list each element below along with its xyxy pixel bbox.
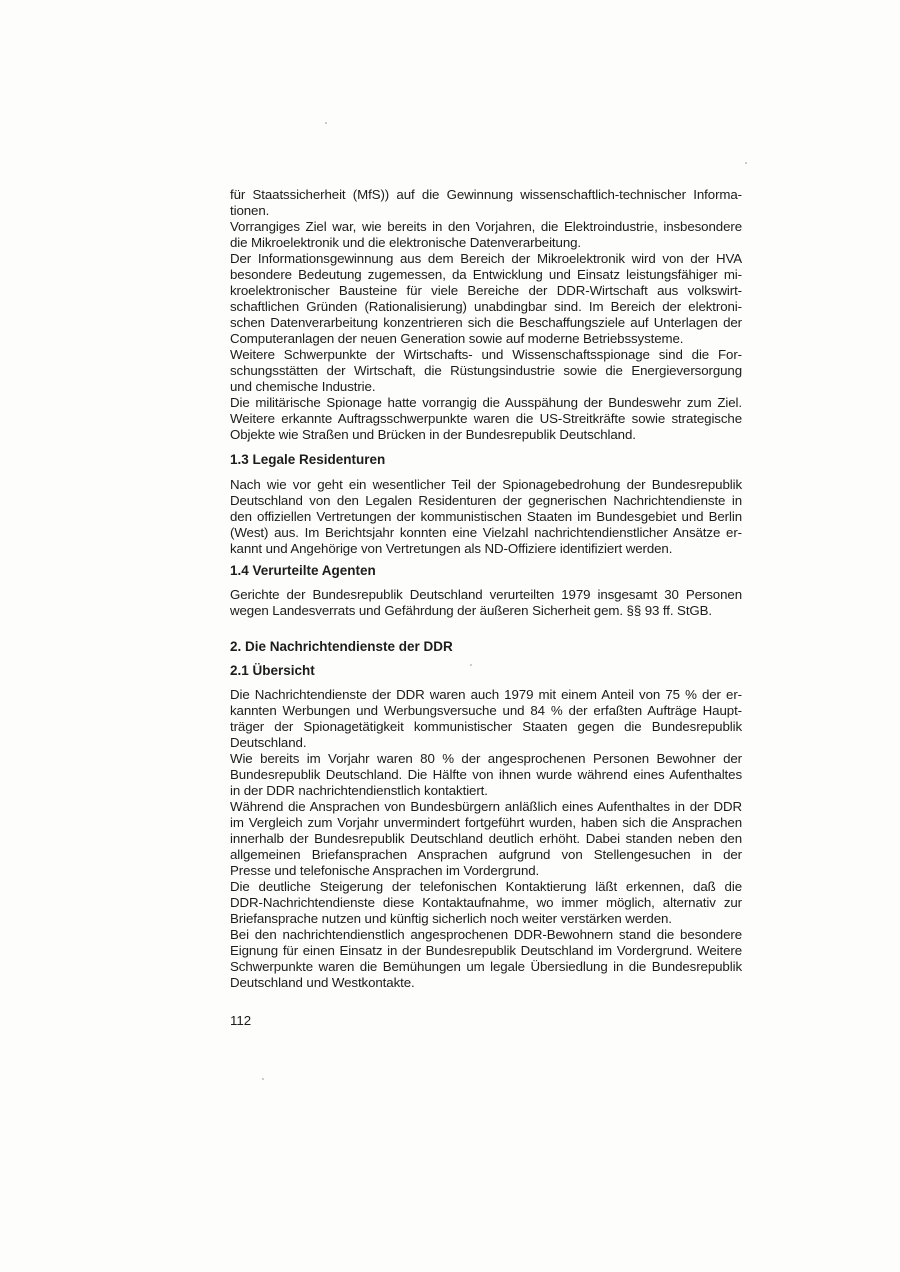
- text-line: Nach wie vor geht ein wesentlicher Teil …: [230, 477, 742, 493]
- text-line: kroelektronischer Bausteine für viele Be…: [230, 283, 742, 299]
- paragraph: Während die Ansprachen von Bundesbürgern…: [230, 799, 742, 879]
- paragraph: Der Informationsgewinnung aus dem Bereic…: [230, 251, 742, 347]
- text-line: träger der Spionagetätigkeit kommunistis…: [230, 719, 742, 735]
- paragraph: für Staatssicherheit (MfS)) auf die Gewi…: [230, 187, 742, 219]
- text-line: Die militärische Spionage hatte vorrangi…: [230, 395, 742, 411]
- section-body-2-1: Die Nachrichtendienste der DDR waren auc…: [230, 687, 742, 991]
- paragraph: Wie bereits im Vorjahr waren 80 % der an…: [230, 751, 742, 799]
- scan-speck: [745, 162, 747, 164]
- text-line: DDR-Nachrichtendienste diese Kontaktaufn…: [230, 895, 742, 911]
- text-line: Eignung für einen Einsatz in der Bundesr…: [230, 943, 742, 959]
- text-line: und chemische Industrie.: [230, 379, 742, 395]
- text-line: Schwerpunkte waren die Bemühungen um leg…: [230, 959, 742, 975]
- text-line: Gerichte der Bundesrepublik Deutschland …: [230, 587, 742, 603]
- text-line: Weitere erkannte Auftragsschwerpunkte wa…: [230, 411, 742, 427]
- text-line: wegen Landesverrats und Gefährdung der ä…: [230, 603, 742, 619]
- text-line: Deutschland von den Legalen Residenturen…: [230, 493, 742, 509]
- intro-section: für Staatssicherheit (MfS)) auf die Gewi…: [230, 187, 742, 443]
- text-line: Bundesrepublik Deutschland. Die Hälfte v…: [230, 767, 742, 783]
- section-heading-1-3: 1.3 Legale Residenturen: [230, 452, 742, 468]
- section-heading-2-1: 2.1 Übersicht: [230, 663, 742, 679]
- text-line: Deutschland und Westkontakte.: [230, 975, 742, 991]
- section-body-1-4: Gerichte der Bundesrepublik Deutschland …: [230, 587, 742, 619]
- scan-speck: [325, 122, 327, 124]
- text-line: Computeranlagen der neuen Generation sow…: [230, 331, 742, 347]
- text-line: besondere Bedeutung zugemessen, da Entwi…: [230, 267, 742, 283]
- text-line: den offiziellen Vertretungen der kommuni…: [230, 509, 742, 525]
- text-line: für Staatssicherheit (MfS)) auf die Gewi…: [230, 187, 742, 203]
- paragraph: Nach wie vor geht ein wesentlicher Teil …: [230, 477, 742, 557]
- text-line: Deutschland.: [230, 735, 742, 751]
- paragraph: Vorrangiges Ziel war, wie bereits in den…: [230, 219, 742, 251]
- paragraph: Gerichte der Bundesrepublik Deutschland …: [230, 587, 742, 619]
- section-body-1-3: Nach wie vor geht ein wesentlicher Teil …: [230, 477, 742, 557]
- text-line: Die deutliche Steigerung der telefonisch…: [230, 879, 742, 895]
- text-line: schaftlichen Gründen (Rationalisierung) …: [230, 299, 742, 315]
- text-line: Objekte wie Straßen und Brücken in der B…: [230, 427, 742, 443]
- text-line: im Vergleich zum Vorjahr unvermindert fo…: [230, 815, 742, 831]
- text-line: Der Informationsgewinnung aus dem Bereic…: [230, 251, 742, 267]
- text-line: Die Nachrichtendienste der DDR waren auc…: [230, 687, 742, 703]
- text-line: Presse und telefonische Ansprachen im Vo…: [230, 863, 742, 879]
- paragraph: Die deutliche Steigerung der telefonisch…: [230, 879, 742, 927]
- text-line: schungsstätten der Wirtschaft, die Rüstu…: [230, 363, 742, 379]
- text-line: in der DDR nachrichtendienstlich kontakt…: [230, 783, 742, 799]
- text-line: Weitere Schwerpunkte der Wirtschafts- un…: [230, 347, 742, 363]
- paragraph: Weitere Schwerpunkte der Wirtschafts- un…: [230, 347, 742, 395]
- text-line: tionen.: [230, 203, 742, 219]
- page-number: 112: [230, 1013, 742, 1029]
- text-line: Vorrangiges Ziel war, wie bereits in den…: [230, 219, 742, 235]
- text-line: schen Datenverarbeitung konzentrieren si…: [230, 315, 742, 331]
- text-line: (West) aus. Im Berichtsjahr konnten eine…: [230, 525, 742, 541]
- scan-speck: [262, 1078, 264, 1080]
- chapter-heading-2: 2. Die Nachrichtendienste der DDR: [230, 639, 742, 655]
- text-line: allgemeinen Briefansprachen Ansprachen a…: [230, 847, 742, 863]
- text-line: die Mikroelektronik und die elektronisch…: [230, 235, 742, 251]
- text-line: innerhalb der Bundesrepublik Deutschland…: [230, 831, 742, 847]
- paragraph: Die militärische Spionage hatte vorrangi…: [230, 395, 742, 443]
- scan-speck: [470, 664, 472, 666]
- text-line: Wie bereits im Vorjahr waren 80 % der an…: [230, 751, 742, 767]
- section-heading-1-4: 1.4 Verurteilte Agenten: [230, 563, 742, 579]
- text-line: kannten Werbungen und Werbungsversuche u…: [230, 703, 742, 719]
- text-line: Briefansprache nutzen und künftig sicher…: [230, 911, 742, 927]
- text-line: Während die Ansprachen von Bundesbürgern…: [230, 799, 742, 815]
- paragraph: Bei den nachrichtendienstlich angesproch…: [230, 927, 742, 991]
- text-line: Bei den nachrichtendienstlich angesproch…: [230, 927, 742, 943]
- paragraph: Die Nachrichtendienste der DDR waren auc…: [230, 687, 742, 751]
- document-page: für Staatssicherheit (MfS)) auf die Gewi…: [230, 187, 742, 1029]
- text-line: kannt und Angehörige von Vertretungen al…: [230, 541, 742, 557]
